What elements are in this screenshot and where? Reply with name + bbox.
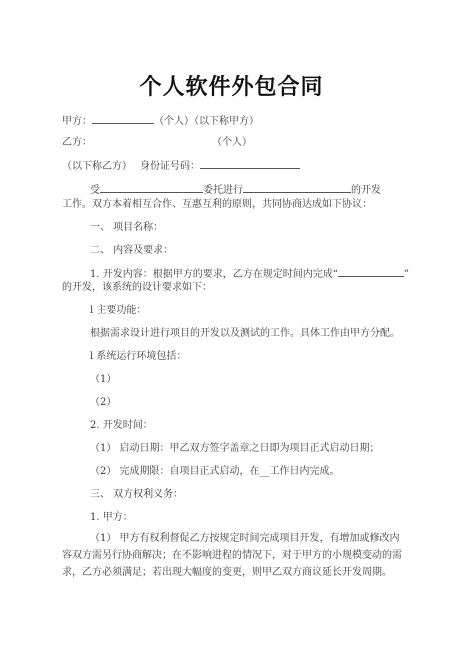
env-label: l 系统运行环境包括： [90,350,186,364]
close-quote: ” [404,269,409,280]
intro-text-c: 的开发 [351,185,381,196]
project-blank[interactable] [243,182,351,193]
section-2-heading: 二、 内容及要求： [90,244,173,258]
dev-content-text: 1. 开发内容：根据甲方的要求，乙方在规定时间内完成“ [90,269,338,280]
party-a-name-blank[interactable] [92,113,154,124]
party-b-id-line: （以下称乙方）身份证号码： [62,158,300,174]
intro-text-b: 委托进行 [203,185,243,196]
deadline-text: （2） 完成期限：自项目正式启动，在__工作日内完成。 [90,465,340,479]
client-blank[interactable] [100,182,203,193]
party-a-rights-paragraph: （1） 甲方有权利督促乙方按规定时间完成项目开发，有增加或修改内容双方需另行协商… [62,530,402,581]
dev-content-line-1: 1. 开发内容：根据甲方的要求，乙方在规定时间内完成“” [90,266,409,282]
intro-line-2: 工作。双方本着相互合作、互惠互利的原则，共同协商达成如下协议： [62,198,372,212]
document-title: 个人软件外包合同 [0,70,463,101]
document-page: 个人软件外包合同 甲方：（个人）（以下称甲方） 乙方：（个人） （以下称乙方）身… [0,0,463,655]
intro-line-1: 受委托进行的开发 [90,182,381,198]
dev-content-line-2: 的开发，该系统的设计要求如下： [62,281,212,295]
party-b-label: 乙方： [62,137,92,148]
main-function-text: 根据需求设计进行项目的开发以及测试的工作。具体工作由甲方分配。 [90,327,400,341]
party-a-suffix: （个人）（以下称甲方） [154,116,259,127]
party-b-suffix: （个人） [212,137,252,148]
id-number-blank[interactable] [200,158,300,169]
start-date-text: （1） 启动日期：甲乙双方签字盖章之日即为项目正式启动日期； [90,442,380,456]
section-1-heading: 一、 项目名称： [90,221,163,235]
dev-time-label: 2. 开发时间： [90,419,153,433]
main-function-label: l 主要功能： [90,304,146,318]
party-a-label: 甲方： [62,116,92,127]
id-number-label: 身份证号码： [140,161,200,172]
party-a-line: 甲方：（个人）（以下称甲方） [62,113,259,129]
party-a-rights-heading: 1. 甲方： [90,511,133,525]
party-b-line: 乙方：（个人） [62,136,252,150]
env-item-2: （2） [90,396,116,410]
system-name-blank[interactable] [338,266,404,277]
env-item-1: （1） [90,373,116,387]
intro-text-a: 受 [90,185,100,196]
section-3-heading: 三、 双方权利义务： [90,488,183,502]
party-b-alias: （以下称乙方） [62,161,132,172]
